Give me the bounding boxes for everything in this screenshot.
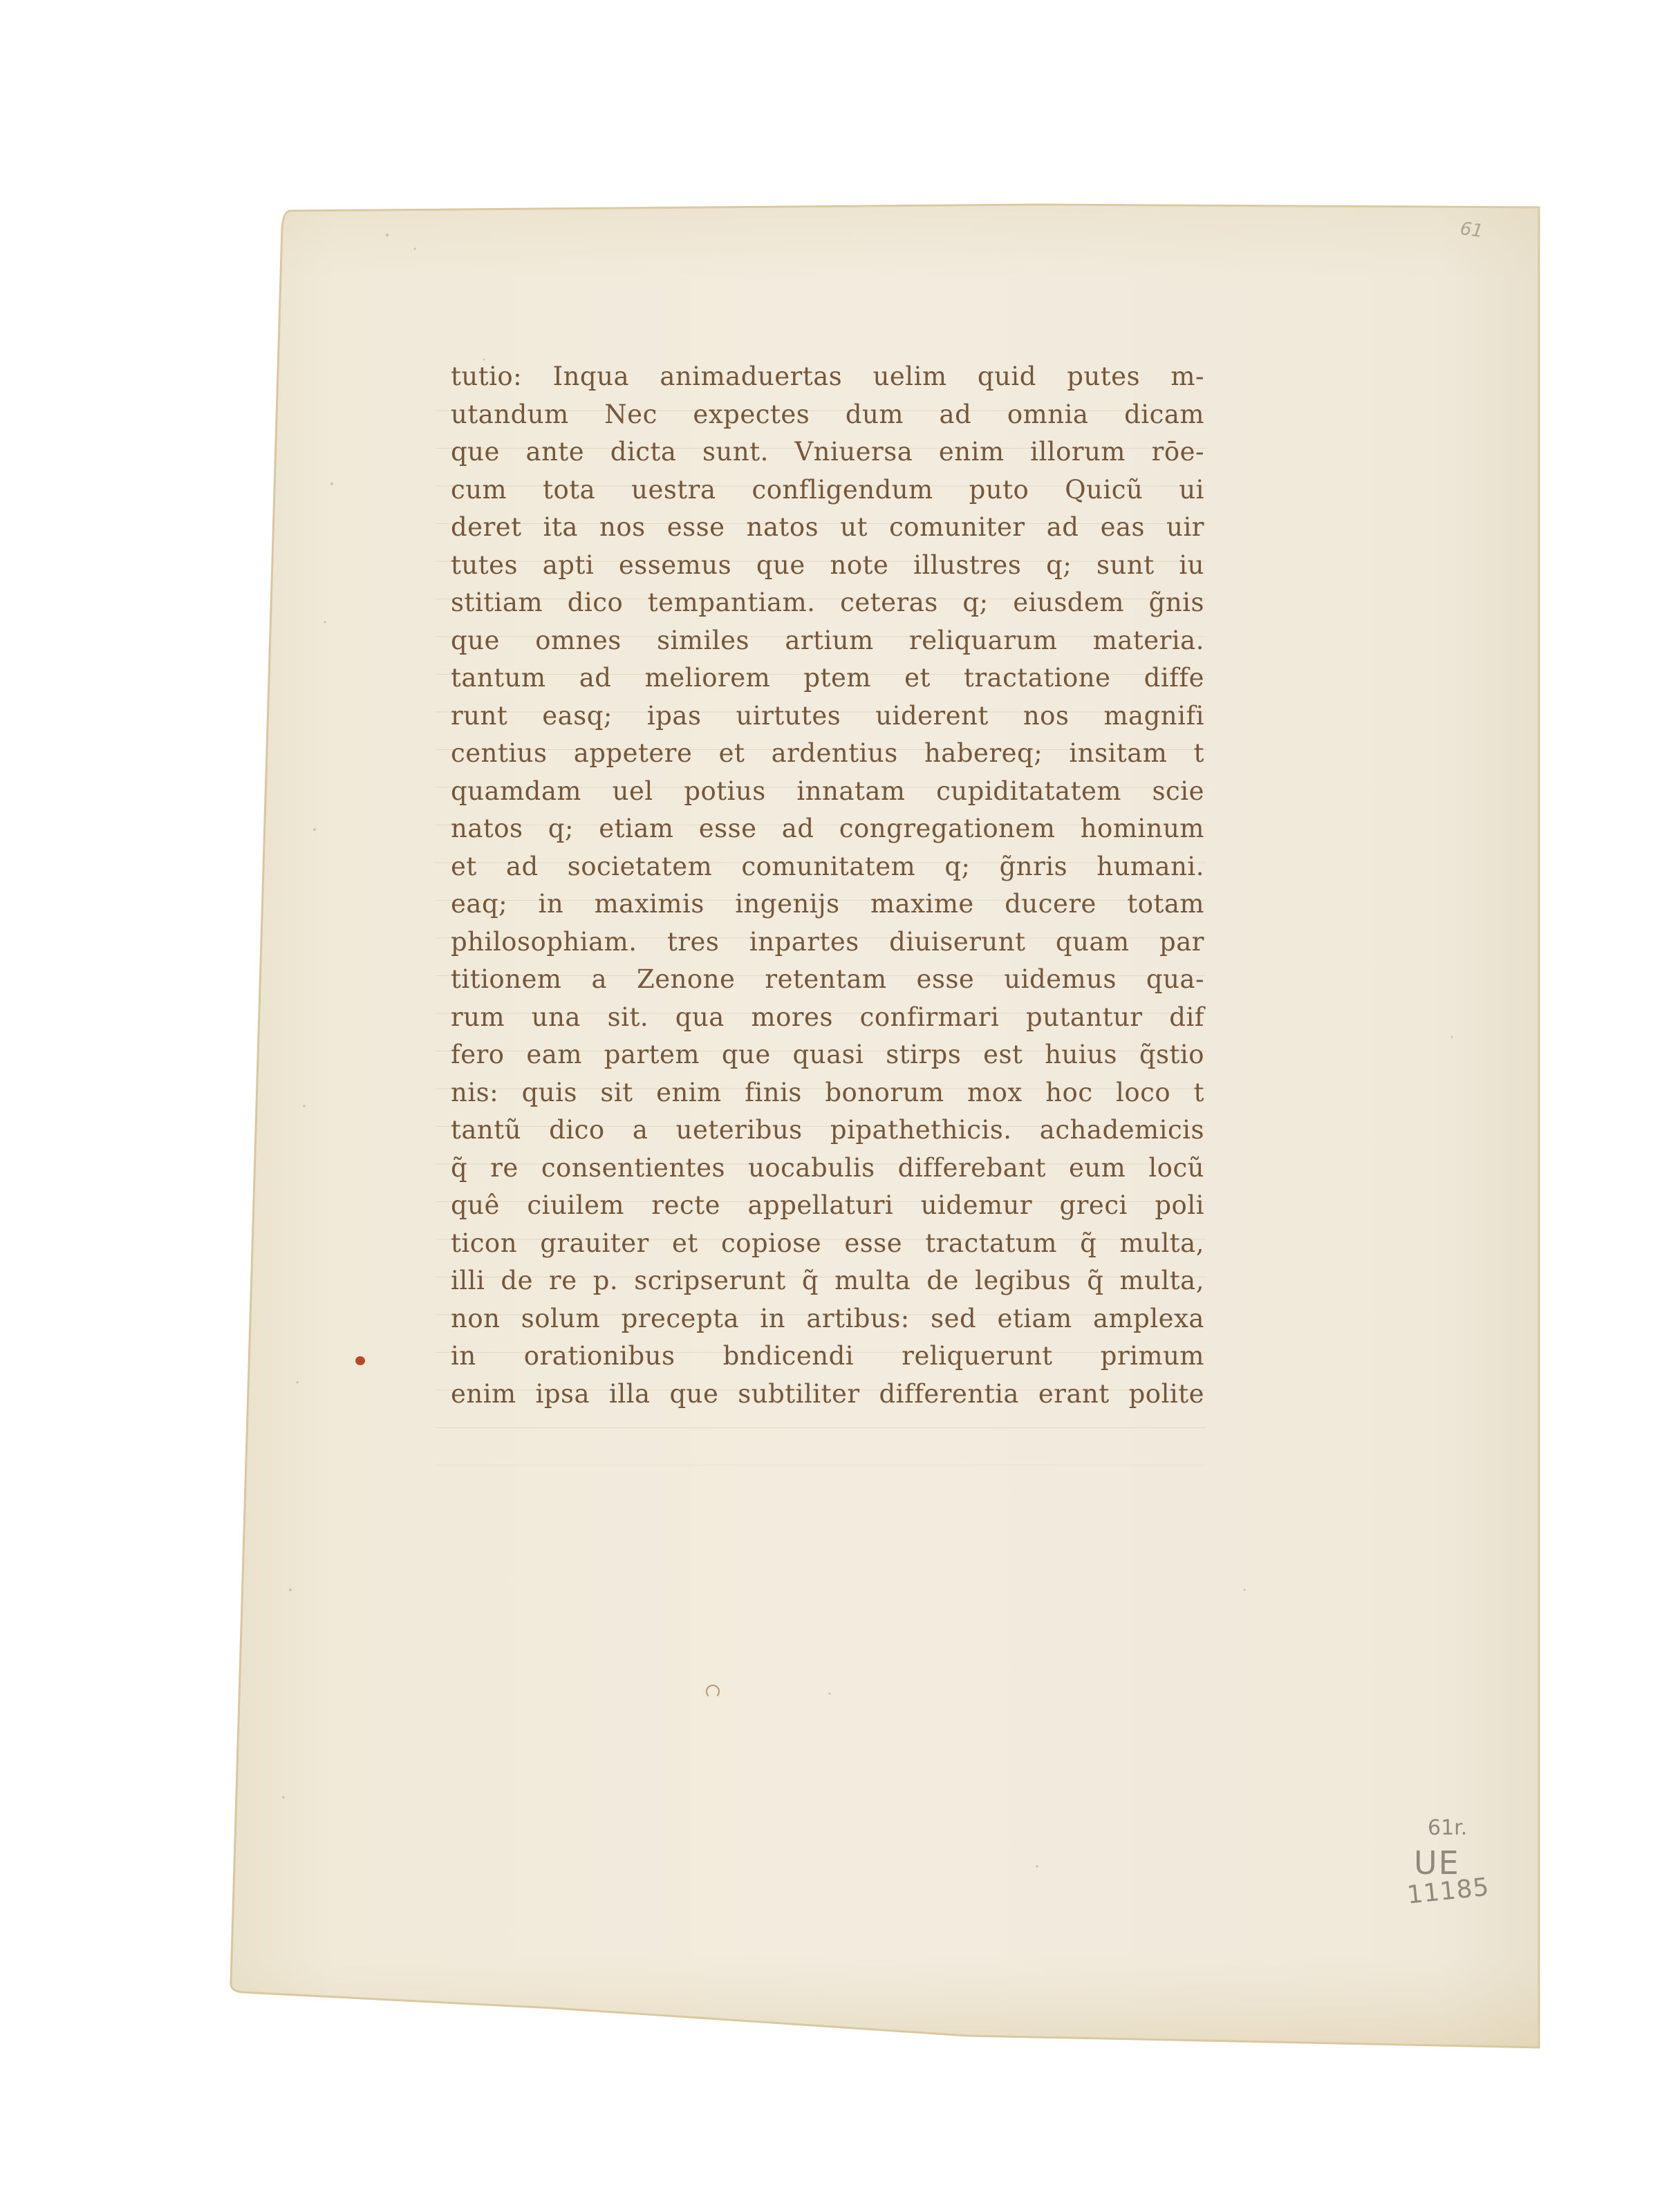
text-line: q̃ re consentientes uocabulis differeban…	[451, 1150, 1204, 1188]
text-line: tutio: Inqua animaduertas uelim quid put…	[451, 358, 1204, 396]
text-line: titionem a Zenone retentam esse uidemus …	[451, 961, 1204, 999]
manuscript-leaf: 61 tutio: Inqua animaduertas uelim quid …	[0, 0, 1680, 2212]
text-line: centius appetere et ardentius habereq; i…	[451, 735, 1204, 773]
text-line: ticon grauiter et copiose esse tractatum…	[451, 1225, 1204, 1263]
text-line: non solum precepta in artibus: sed etiam…	[451, 1300, 1204, 1338]
text-line: runt easq; ipas uirtutes uiderent nos ma…	[451, 697, 1204, 735]
folio-number: 61	[1459, 218, 1484, 242]
text-line: in orationibus bndicendi reliquerunt pri…	[451, 1338, 1204, 1376]
text-line: tantum ad meliorem ptem et tractatione d…	[451, 659, 1204, 697]
text-line: deret ita nos esse natos ut comuniter ad…	[451, 509, 1204, 547]
small-circle-mark	[706, 1685, 720, 1698]
text-line: quê ciuilem recte appellaturi uidemur g…	[451, 1187, 1204, 1225]
red-ink-spot	[355, 1356, 365, 1365]
text-line: enim ipsa illa que subtiliter differenti…	[451, 1376, 1204, 1414]
pencil-folio-note: 61r.	[1407, 1818, 1497, 1839]
pencil-annotations: 61r. UE 11185	[1407, 1818, 1497, 1904]
text-line: fero eam partem que quasi stirps est hui…	[451, 1036, 1204, 1074]
text-line: tantũ dico a ueteribus pipathethicis. a…	[451, 1112, 1204, 1150]
manuscript-text-block: tutio: Inqua animaduertas uelim quid put…	[451, 358, 1204, 1413]
text-line: rum una sit. qua mores confirmari putant…	[451, 999, 1204, 1037]
text-line: quamdam uel potius innatam cupiditatatem…	[451, 773, 1204, 811]
text-line: tutes apti essemus que note illustres q;…	[451, 547, 1204, 585]
text-line: cum tota uestra confligendum puto Quicũ…	[451, 471, 1204, 509]
text-line: nis: quis sit enim finis bonorum mox hoc…	[451, 1074, 1204, 1112]
text-line: philosophiam. tres inpartes diuiserunt q…	[451, 924, 1204, 962]
text-line: et ad societatem comunitatem q; g̃nris h…	[451, 848, 1204, 886]
text-line: natos q; etiam esse ad congregationem ho…	[451, 810, 1204, 848]
text-line: stitiam dico tempantiam. ceteras q; eius…	[451, 584, 1204, 622]
text-line: utandum Nec expectes dum ad omnia dicam	[451, 396, 1204, 434]
text-line: que ante dicta sunt. Vniuersa enim illor…	[451, 433, 1204, 471]
text-line: que omnes similes artium reliquarum mate…	[451, 622, 1204, 660]
pencil-inventory-number: 11185	[1406, 1874, 1497, 1908]
text-line: eaq; in maximis ingenijs maxime ducere t…	[451, 885, 1204, 924]
text-line: illi de re p. scripserunt q̃ multa de le…	[451, 1262, 1204, 1300]
